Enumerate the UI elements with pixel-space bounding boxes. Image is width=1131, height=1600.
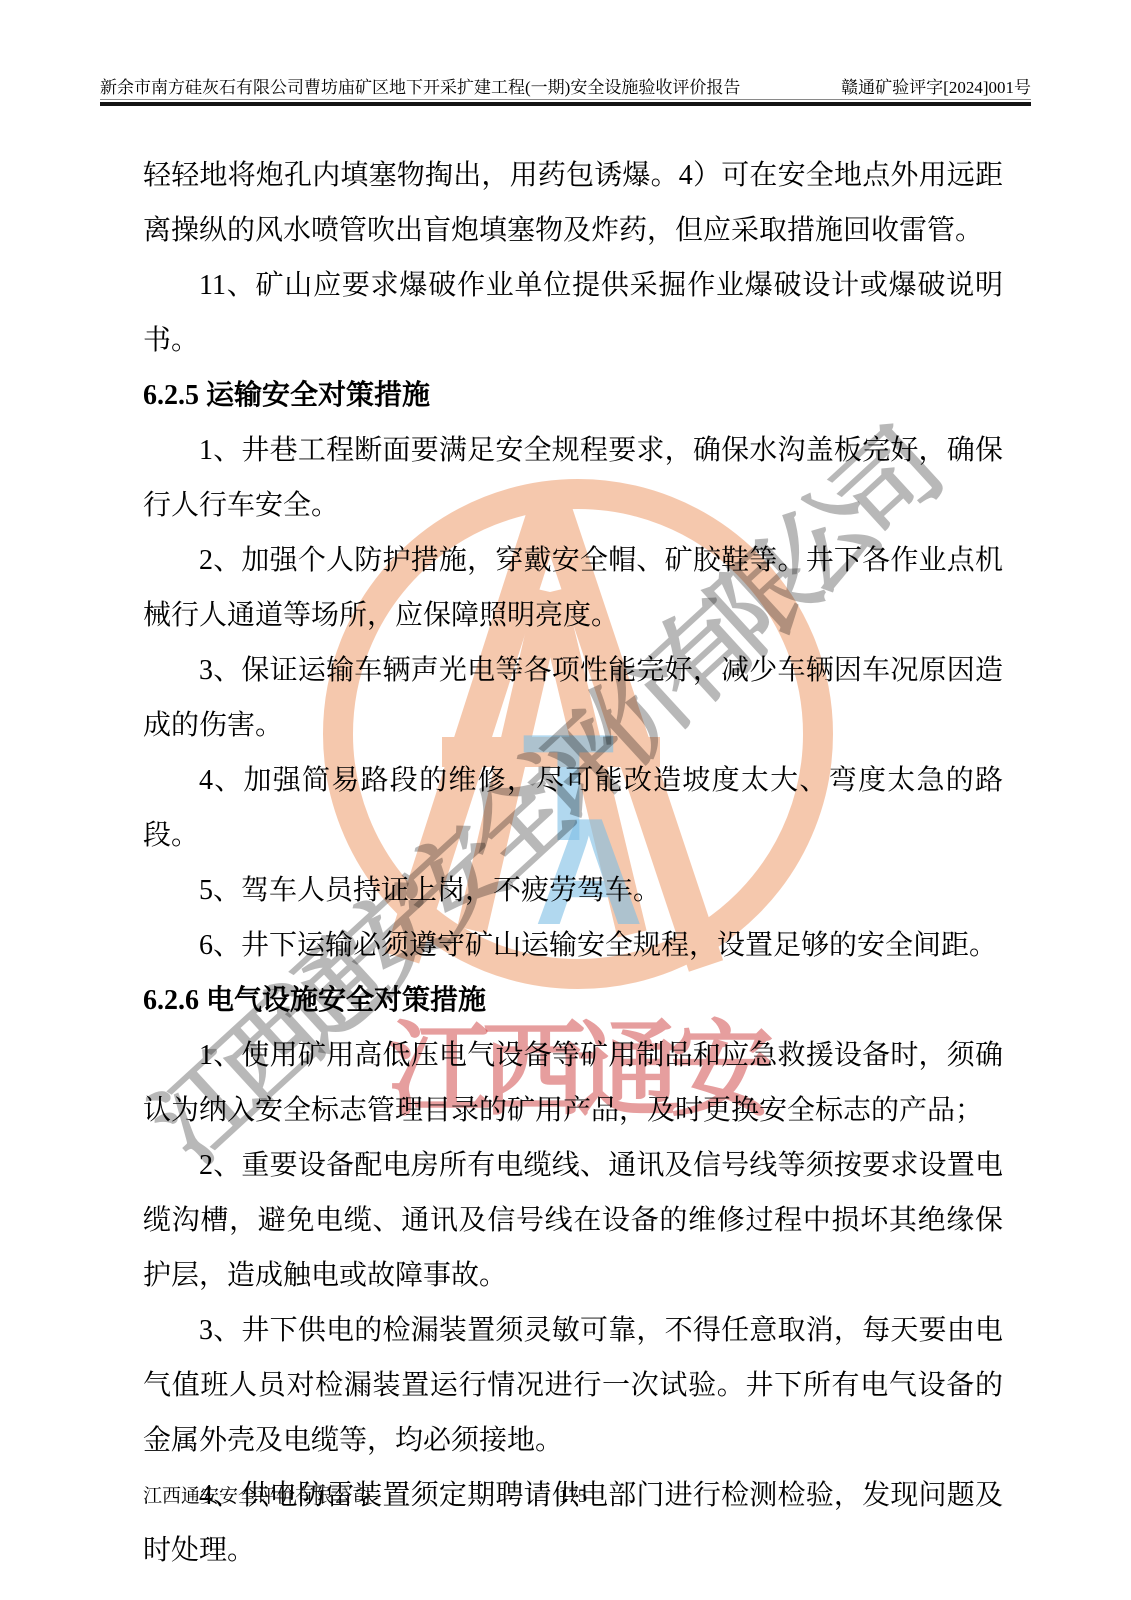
- section-heading-626: 6.2.6 电气设施安全对策措施: [143, 973, 1003, 1028]
- paragraph: 6、井下运输必须遵守矿山运输安全规程，设置足够的安全间距。: [143, 918, 1003, 973]
- paragraph: 2、加强个人防护措施，穿戴安全帽、矿胶鞋等。井下各作业点机械行人通道等场所，应保…: [143, 533, 1003, 643]
- paragraph: 1、使用矿用高低压电气设备等矿用制品和应急救援设备时，须确认为纳入安全标志管理目…: [143, 1028, 1003, 1138]
- section-heading-625: 6.2.5 运输安全对策措施: [143, 368, 1003, 423]
- header-doc-number: 赣通矿验评字[2024]001号: [841, 78, 1031, 98]
- paragraph: 2、重要设备配电房所有电缆线、通讯及信号线等须按要求设置电缆沟槽，避免电缆、通讯…: [143, 1138, 1003, 1303]
- paragraph: 3、井下供电的检漏装置须灵敏可靠，不得任意取消，每天要由电气值班人员对检漏装置运…: [143, 1303, 1003, 1468]
- paragraph: 4、供电防雷装置须定期聘请供电部门进行检测检验，发现问题及时处理。: [143, 1468, 1003, 1578]
- header-rule: [100, 99, 1031, 106]
- header-report-title: 新余市南方硅灰石有限公司曹坊庙矿区地下开采扩建工程(一期)安全设施验收评价报告: [100, 78, 740, 98]
- paragraph: 3、保证运输车辆声光电等各项性能完好，减少车辆因车况原因造成的伤害。: [143, 643, 1003, 753]
- paragraph: 4、加强简易路段的维修，尽可能改造坡度太大、弯度太急的路段。: [143, 753, 1003, 863]
- document-body: 轻轻地将炮孔内填塞物掏出，用药包诱爆。4）可在安全地点外用远距离操纵的风水喷管吹…: [143, 148, 1003, 1578]
- page-header: 新余市南方硅灰石有限公司曹坊庙矿区地下开采扩建工程(一期)安全设施验收评价报告 …: [100, 78, 1031, 98]
- footer-page-number: 175: [143, 1486, 1003, 1508]
- document-page: T A 江西通安 江西通安安全评价有限公司 新余市南方硅灰石有限公司曹坊庙矿区地…: [0, 0, 1131, 1600]
- paragraph: 1、井巷工程断面要满足安全规程要求，确保水沟盖板完好，确保行人行车安全。: [143, 423, 1003, 533]
- paragraph: 11、矿山应要求爆破作业单位提供采掘作业爆破设计或爆破说明书。: [143, 258, 1003, 368]
- paragraph: 5、驾车人员持证上岗，不疲劳驾车。: [143, 863, 1003, 918]
- paragraph: 轻轻地将炮孔内填塞物掏出，用药包诱爆。4）可在安全地点外用远距离操纵的风水喷管吹…: [143, 148, 1003, 258]
